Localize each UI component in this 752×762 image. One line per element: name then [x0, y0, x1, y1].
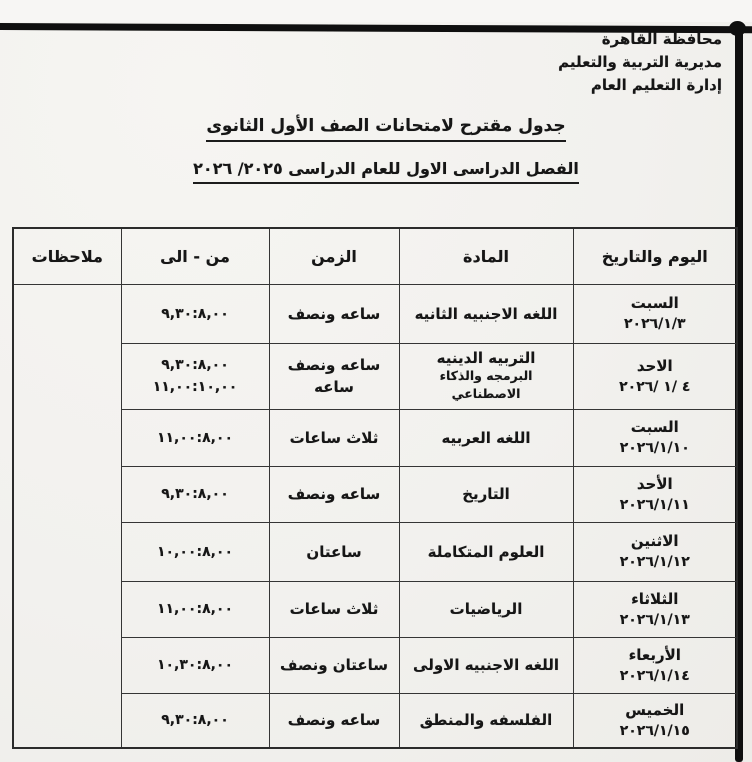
day-date: ٢٠٢٦/١/١٥	[578, 721, 733, 741]
doc-subtitle-row: الفصل الدراسى الاول للعام الدراسى ٢٠٢٥/ …	[0, 159, 752, 184]
time-cell: ٩,٣٠:٨,٠٠	[121, 466, 269, 522]
col-header-subject: المادة	[399, 228, 573, 284]
duration-cell: ساعه ونصف	[269, 693, 399, 748]
subject-cell: العلوم المتكاملة	[399, 522, 573, 581]
table-header-row: اليوم والتاريخ المادة الزمن من - الى ملا…	[13, 228, 737, 284]
col-header-from-to: من - الى	[121, 228, 269, 284]
exam-schedule-table: اليوم والتاريخ المادة الزمن من - الى ملا…	[12, 227, 738, 749]
duration-cell: ساعتان	[269, 522, 399, 581]
table-row: الاحد ٢٠٢٦/ ١/ ٤ التربيه الدينيه البرمجه…	[13, 343, 737, 409]
time-cell: ١١,٠٠:٨,٠٠	[121, 581, 269, 637]
day-cell: الأربعاء ٢٠٢٦/١/١٤	[573, 637, 737, 693]
day-name: الخميس	[578, 700, 733, 721]
subject-cell: الفلسفه والمنطق	[399, 693, 573, 748]
day-cell: الاثنين ٢٠٢٦/١/١٢	[573, 522, 737, 581]
day-name: الاحد	[578, 356, 733, 377]
duration-line2: ساعه	[274, 376, 395, 398]
time-cell: ١٠,٠٠:٨,٠٠	[121, 522, 269, 581]
col-header-day-date: اليوم والتاريخ	[573, 228, 737, 284]
table-row: الأحد ٢٠٢٦/١/١١ التاريخ ساعه ونصف ٩,٣٠:٨…	[13, 466, 737, 522]
day-cell: الخميس ٢٠٢٦/١/١٥	[573, 693, 737, 748]
org-line-directorate: مديرية التربية والتعليم	[558, 51, 722, 74]
day-cell: السبت ٢٠٢٦/١/١٠	[573, 409, 737, 466]
doc-title-row: جدول مقترح لامتحانات الصف الأول الثانوى	[0, 116, 752, 142]
day-name: الأربعاء	[578, 645, 733, 666]
day-cell: الأحد ٢٠٢٦/١/١١	[573, 466, 737, 522]
day-date: ٢٠٢٦/١/١٠	[578, 438, 733, 458]
day-date: ٢٠٢٦/ ١/ ٤	[578, 377, 733, 397]
duration-cell: ثلاث ساعات	[269, 581, 399, 637]
day-cell: السبت ٢٠٢٦/١/٣	[573, 284, 737, 343]
day-date: ٢٠٢٦/١/٣	[578, 314, 733, 334]
day-date: ٢٠٢٦/١/١٢	[578, 552, 733, 572]
time-line1: ٩,٣٠:٨,٠٠	[126, 354, 265, 376]
day-name: الأحد	[578, 474, 733, 495]
subject-cell: الرياضيات	[399, 581, 573, 637]
day-name: السبت	[578, 417, 733, 438]
subject-cell: اللغه الاجنبيه الاولى	[399, 637, 573, 693]
day-cell: الاحد ٢٠٢٦/ ١/ ٤	[573, 343, 737, 409]
scan-top-strip	[0, 0, 752, 22]
day-date: ٢٠٢٦/١/١٤	[578, 666, 733, 686]
doc-title: جدول مقترح لامتحانات الصف الأول الثانوى	[206, 116, 565, 142]
time-cell: ٩,٣٠:٨,٠٠	[121, 284, 269, 343]
time-cell: ١٠,٣٠:٨,٠٠	[121, 637, 269, 693]
col-header-duration: الزمن	[269, 228, 399, 284]
doc-subtitle: الفصل الدراسى الاول للعام الدراسى ٢٠٢٥/ …	[193, 159, 579, 184]
duration-cell: ساعه ونصف ساعه	[269, 343, 399, 409]
duration-cell: ساعتان ونصف	[269, 637, 399, 693]
table-row: السبت ٢٠٢٦/١/٣ اللغه الاجنبيه الثانيه سا…	[13, 284, 737, 343]
notes-cell	[13, 284, 121, 748]
table-row: الخميس ٢٠٢٦/١/١٥ الفلسفه والمنطق ساعه ون…	[13, 693, 737, 748]
subject-cell: اللغه الاجنبيه الثانيه	[399, 284, 573, 343]
table-row: الثلاثاء ٢٠٢٦/١/١٣ الرياضيات ثلاث ساعات …	[13, 581, 737, 637]
org-line-administration: إدارة التعليم العام	[558, 74, 722, 97]
org-header: محافظة القاهرة مديرية التربية والتعليم إ…	[558, 28, 722, 97]
scanned-exam-schedule-document: محافظة القاهرة مديرية التربية والتعليم إ…	[0, 0, 752, 762]
table-row: الأربعاء ٢٠٢٦/١/١٤ اللغه الاجنبيه الاولى…	[13, 637, 737, 693]
scan-corner-blob	[729, 21, 746, 36]
day-name: الثلاثاء	[578, 589, 733, 610]
subject-cell: اللغه العربيه	[399, 409, 573, 466]
time-line2: ١١,٠٠:١٠,٠٠	[126, 376, 265, 398]
subject-line2: البرمجه والذكاء الاصطناعي	[404, 367, 569, 403]
time-cell: ١١,٠٠:٨,٠٠	[121, 409, 269, 466]
day-date: ٢٠٢٦/١/١١	[578, 495, 733, 515]
subject-cell: التاريخ	[399, 466, 573, 522]
time-cell: ٩,٣٠:٨,٠٠ ١١,٠٠:١٠,٠٠	[121, 343, 269, 409]
org-line-governorate: محافظة القاهرة	[558, 28, 722, 51]
duration-line1: ساعه ونصف	[274, 354, 395, 376]
day-name: السبت	[578, 293, 733, 314]
day-cell: الثلاثاء ٢٠٢٦/١/١٣	[573, 581, 737, 637]
duration-cell: ثلاث ساعات	[269, 409, 399, 466]
day-name: الاثنين	[578, 531, 733, 552]
day-date: ٢٠٢٦/١/١٣	[578, 610, 733, 630]
table-row: السبت ٢٠٢٦/١/١٠ اللغه العربيه ثلاث ساعات…	[13, 409, 737, 466]
col-header-notes: ملاحظات	[13, 228, 121, 284]
subject-cell: التربيه الدينيه البرمجه والذكاء الاصطناع…	[399, 343, 573, 409]
table-row: الاثنين ٢٠٢٦/١/١٢ العلوم المتكاملة ساعتا…	[13, 522, 737, 581]
duration-cell: ساعه ونصف	[269, 466, 399, 522]
time-cell: ٩,٣٠:٨,٠٠	[121, 693, 269, 748]
duration-cell: ساعه ونصف	[269, 284, 399, 343]
subject-line1: التربيه الدينيه	[404, 349, 569, 367]
